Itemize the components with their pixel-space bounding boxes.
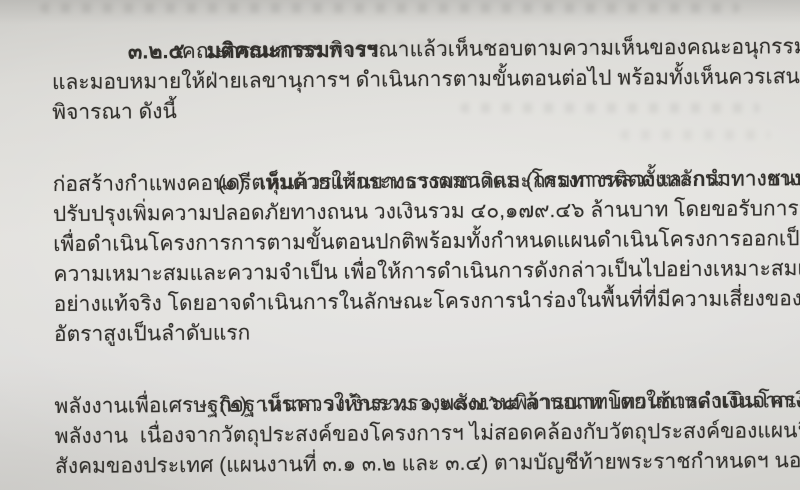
- section-number: ๓.๒.๕: [128, 40, 185, 63]
- intro-line: และมอบหมายให้ฝ่ายเลขานุการฯ ดำเนินการตาม…: [0, 62, 797, 98]
- document-page: ๓.๒.๕มติคณะกรรมการฯ คณะกรรมการฯ พิจารณาแ…: [0, 0, 800, 490]
- item2-line: สังคมของประเทศ (แผนงานที่ ๓.๑ ๓.๒ และ ๓.…: [0, 446, 800, 482]
- item1-line: อย่างแท้จริง โดยอาจดำเนินการในลักษณะโครง…: [0, 284, 799, 320]
- document-text-block: ๓.๒.๕มติคณะกรรมการฯ คณะกรรมการฯ พิจารณาแ…: [0, 0, 800, 482]
